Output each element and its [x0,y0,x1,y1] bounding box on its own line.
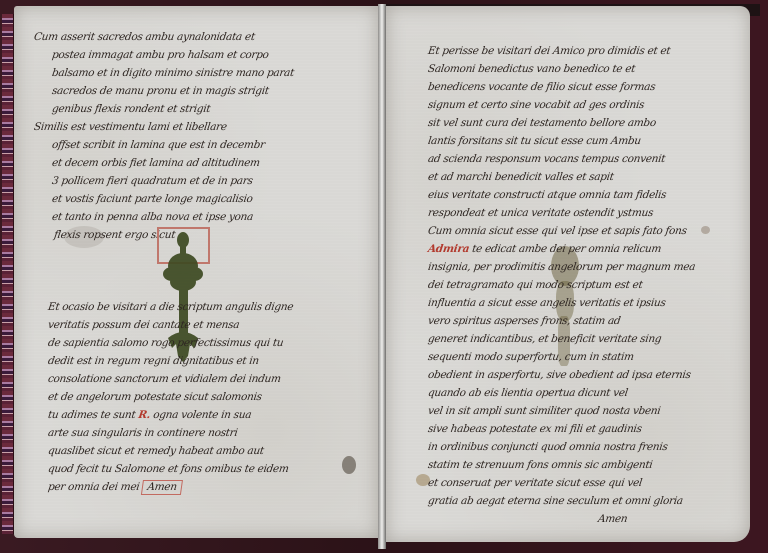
text-line: ad scienda responsum vocans tempus conve… [427,150,697,168]
text-line: quaslibet sicut et remedy habeat ambo au… [47,442,295,460]
text-line: arte sua singularis in continere nostri [47,424,295,442]
text-line: dei tetragramato qui modo scriptum est e… [427,276,697,294]
text-line: 3 pollicem fieri quadratum et de in pars [33,172,296,190]
text-line: per omnia dei mei Amen [47,478,295,496]
text-line: respondeat et unica veritate ostendit ys… [427,204,697,222]
text-line: balsamo et in digito minimo sinistre man… [33,64,296,82]
right-page-text-block: Et perisse be visitari dei Amico pro dim… [428,42,695,528]
amen-boxed-word: Amen [141,480,182,495]
text-line: Cum omnia sicut esse qui vel ipse et sap… [427,222,697,240]
text-segment: ogna volente in sua [152,409,252,421]
text-line: signum et certo sine vocabit ad ges ordi… [427,96,697,114]
text-line: influentia a sicut esse angelis veritati… [427,294,697,312]
text-line: sacredos de manu pronu et in magis strig… [33,82,296,100]
text-line: insignia, per prodimitis angelorum per m… [427,258,697,276]
text-line: lantis forsitans sit tu sicut esse cum A… [427,132,697,150]
text-line: et vostis faciunt parte longe magicalisi… [33,190,296,208]
left-page-text-block-1: Cum asserit sacredos ambu aynalonidata e… [34,28,294,244]
text-line: offset scribit in lamina que est in dece… [33,136,296,154]
text-line: Similis est vestimentu lami et libellare [33,118,296,136]
text-line: et ad marchi benedicit valles et sapit [427,168,697,186]
text-line-amen: Amen [427,510,697,528]
text-line: gratia ab aegat eterna sine seculum et o… [427,492,697,510]
text-line: sive habeas potestate ex mi fili et gaud… [427,420,697,438]
stain [701,226,710,234]
ink-blot [342,456,356,474]
text-line: Salomoni benedictus vano benedico te et [427,60,697,78]
left-page-text-block-2: Et ocasio be visitari a die scriptum ang… [48,298,293,496]
text-segment: te edicat ambe dei per omnia relicum [471,243,662,255]
text-line: Et ocasio be visitari a die scriptum ang… [47,298,295,316]
text-line: tu adimes te sunt R. ogna volente in sua [47,406,295,424]
text-line: statim te strenuum fons omnis sic ambige… [427,456,697,474]
text-line: eius veritate constructi atque omnia tam… [427,186,697,204]
text-line: vel in sit ampli sunt similiter quod nos… [427,402,697,420]
text-line: generet indicantibus, et beneficit verit… [427,330,697,348]
text-line: postea immagat ambu pro halsam et corpo [33,46,296,64]
text-line: vero spiritus asperses frons, statim ad [427,312,697,330]
text-line: et conseruat per veritate sicut esse qui… [427,474,697,492]
text-segment: per omnia dei mei [47,481,140,493]
text-line: Et perisse be visitari dei Amico pro dim… [427,42,697,60]
text-line: benedicens vocante de filio sicut esse f… [427,78,697,96]
marbled-edge [2,14,14,534]
text-line: quando ab eis lientia opertua dicunt vel [427,384,697,402]
rubric-word: Admira [427,243,470,255]
text-line: genibus flexis rondent et strigit [33,100,296,118]
text-line: et decem orbis fiet lamina ad altitudine… [33,154,296,172]
text-line: de sapientia salomo rogo perfectissimus … [47,334,295,352]
text-line: et tanto in penna alba nova et ipse yona [33,208,296,226]
text-line: Cum asserit sacredos ambu aynalonidata e… [33,28,296,46]
text-line: veritatis possum dei cantate et mensa [47,316,295,334]
book-gutter [378,4,386,549]
text-line: dedit est in regum regni dignitatibus et… [47,352,295,370]
text-line: et de angelorum potestate sicut salomoni… [47,388,295,406]
text-line: sequenti modo superfortu, cum in statim [427,348,697,366]
text-line: in ordinibus conjuncti quod omnia nostra… [427,438,697,456]
text-line: obedient in asperfortu, sive obedient ad… [427,366,697,384]
text-segment: tu adimes te sunt [47,409,136,421]
text-line: Admira te edicat ambe dei per omnia reli… [427,240,697,258]
red-initial: R. [138,409,151,421]
text-line: sit vel sunt cura dei testamento bellore… [427,114,697,132]
text-line: quod fecit tu Salomone et fons omibus te… [47,460,295,478]
text-line: consolatione sanctorum et vidialem dei i… [47,370,295,388]
